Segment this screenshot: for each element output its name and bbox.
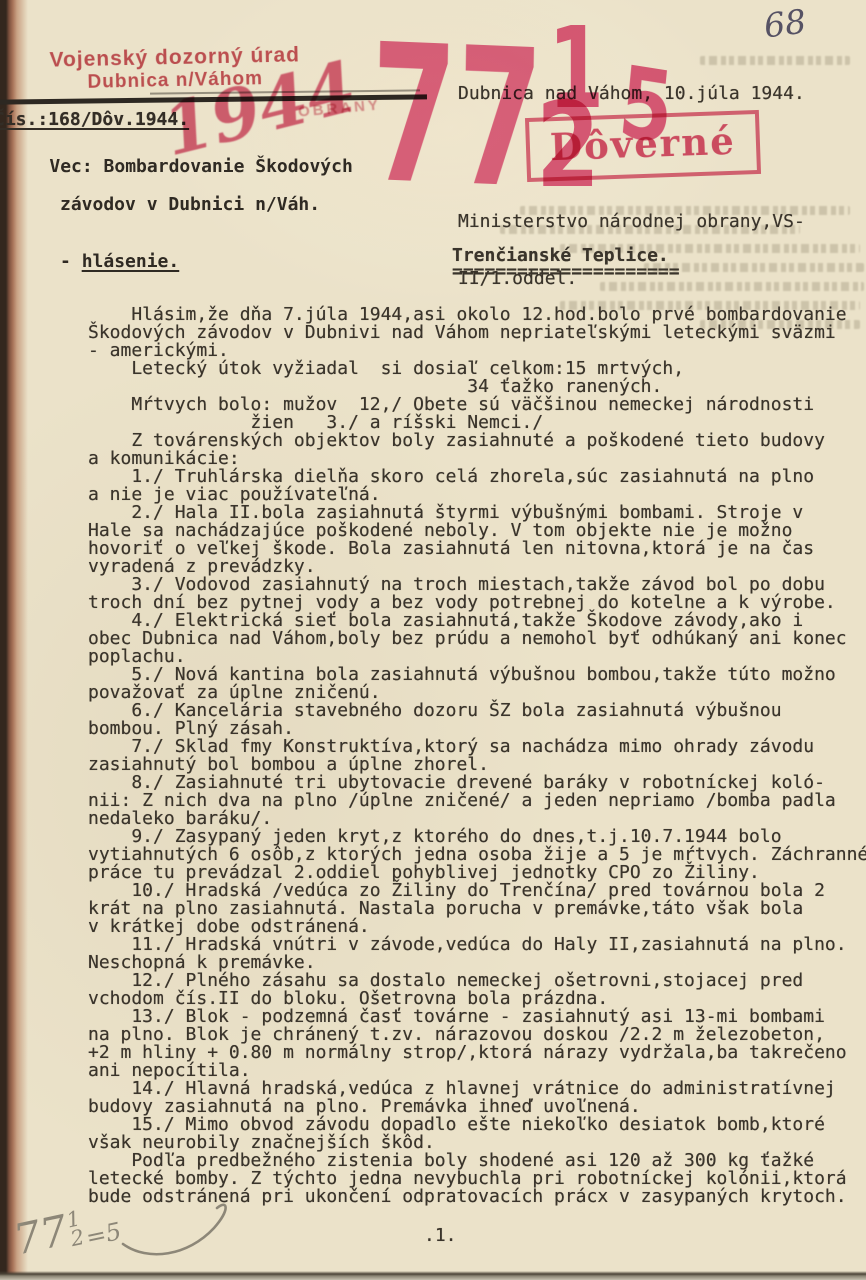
place-heading-underline: ===================== xyxy=(452,262,680,281)
subject-line2: závodov v Dubnici n/Váh. xyxy=(6,195,353,214)
big-red-number-77: 77 xyxy=(369,40,543,195)
subject-line3: - hlásenie. xyxy=(6,252,353,271)
report-body: Hlásim,že dňa 7.júla 1944,asi okolo 12.h… xyxy=(88,306,866,1206)
pencil-swoosh-stroke xyxy=(118,1198,258,1268)
bleedthrough-line xyxy=(700,56,850,65)
pencil-note-77: 77 xyxy=(10,1210,71,1260)
addressee-line1: Ministerstvo národnej obrany,VS- xyxy=(458,212,805,231)
subject-line3-dash: - xyxy=(60,251,82,272)
scan-bottom-edge xyxy=(0,1271,866,1280)
subject-line3-report: hlásenie. xyxy=(82,251,180,272)
report-body-line: obec Dubnica nad Váhom,boly bez prúdu a … xyxy=(88,630,866,648)
pencil-note-fraction-bottom: 2 xyxy=(69,1228,86,1249)
handwritten-folio-number: 68 xyxy=(762,2,808,46)
big-red-number-5: 5 xyxy=(616,58,677,154)
page-number: .1. xyxy=(424,1226,457,1245)
scanned-document-page: Vojenský dozorný úrad Dubnica n/Váhom Čí… xyxy=(0,0,866,1280)
